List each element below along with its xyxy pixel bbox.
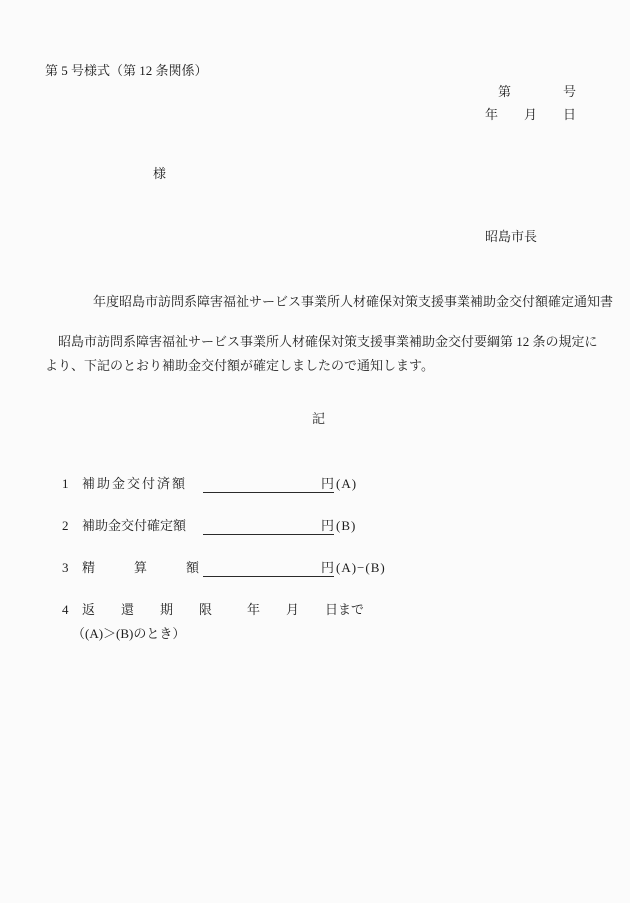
item-3-label: 精 算 額: [82, 561, 199, 575]
item-1-amount-underline: 円: [203, 477, 334, 493]
item-2-row: 2 補助金交付確定額 円 (B): [0, 519, 630, 536]
body-text-line-2: より、下記のとおり補助金交付額が確定しましたので通知します。: [45, 359, 434, 373]
item-2-amount-underline: 円: [203, 519, 334, 535]
item-1-unit-label: 円: [321, 476, 334, 491]
recipient-name-suffix: 様: [153, 167, 166, 181]
document-date-line: 年 月 日: [485, 108, 576, 122]
item-2-label: 補助金交付確定額: [82, 519, 186, 533]
item-4-number: 4: [62, 603, 69, 617]
item-2-number: 2: [62, 519, 69, 533]
item-4-row: 4 返 還 期 限 年 月 日まで: [0, 603, 630, 620]
item-1-number: 1: [62, 477, 69, 491]
item-1-label: 補助金交付済額: [82, 477, 187, 491]
document-number-line: 第 号: [498, 85, 576, 99]
item-1-code: (A): [336, 477, 357, 491]
item-2-code: (B): [336, 519, 356, 533]
body-text-line-1: 昭島市訪問系障害福祉サービス事業所人材確保対策支援事業補助金交付要綱第 12 条…: [58, 335, 598, 349]
item-3-code: (A)−(B): [336, 561, 386, 575]
document-title: 年度昭島市訪問系障害福祉サービス事業所人材確保対策支援事業補助金交付額確定通知書: [93, 295, 613, 309]
record-marker: 記: [312, 412, 325, 426]
item-2-unit-label: 円: [321, 518, 334, 533]
item-3-unit-label: 円: [321, 560, 334, 575]
sender-signature: 昭島市長: [485, 230, 537, 244]
item-1-row: 1 補助金交付済額 円 (A): [0, 477, 630, 494]
item-3-amount-underline: 円: [203, 561, 334, 577]
item-4-label: 返 還 期 限: [82, 603, 212, 617]
item-4-condition-note: （(A)＞(B)のとき）: [72, 627, 185, 641]
form-number: 第 5 号様式（第 12 条関係）: [45, 64, 208, 78]
item-3-row: 3 精 算 額 円 (A)−(B): [0, 561, 630, 578]
item-3-number: 3: [62, 561, 69, 575]
document-page: 第 5 号様式（第 12 条関係） 第 号 年 月 日 様 昭島市長 年度昭島市…: [0, 0, 630, 903]
item-4-due-date-blank: 年 月 日まで: [247, 603, 364, 617]
